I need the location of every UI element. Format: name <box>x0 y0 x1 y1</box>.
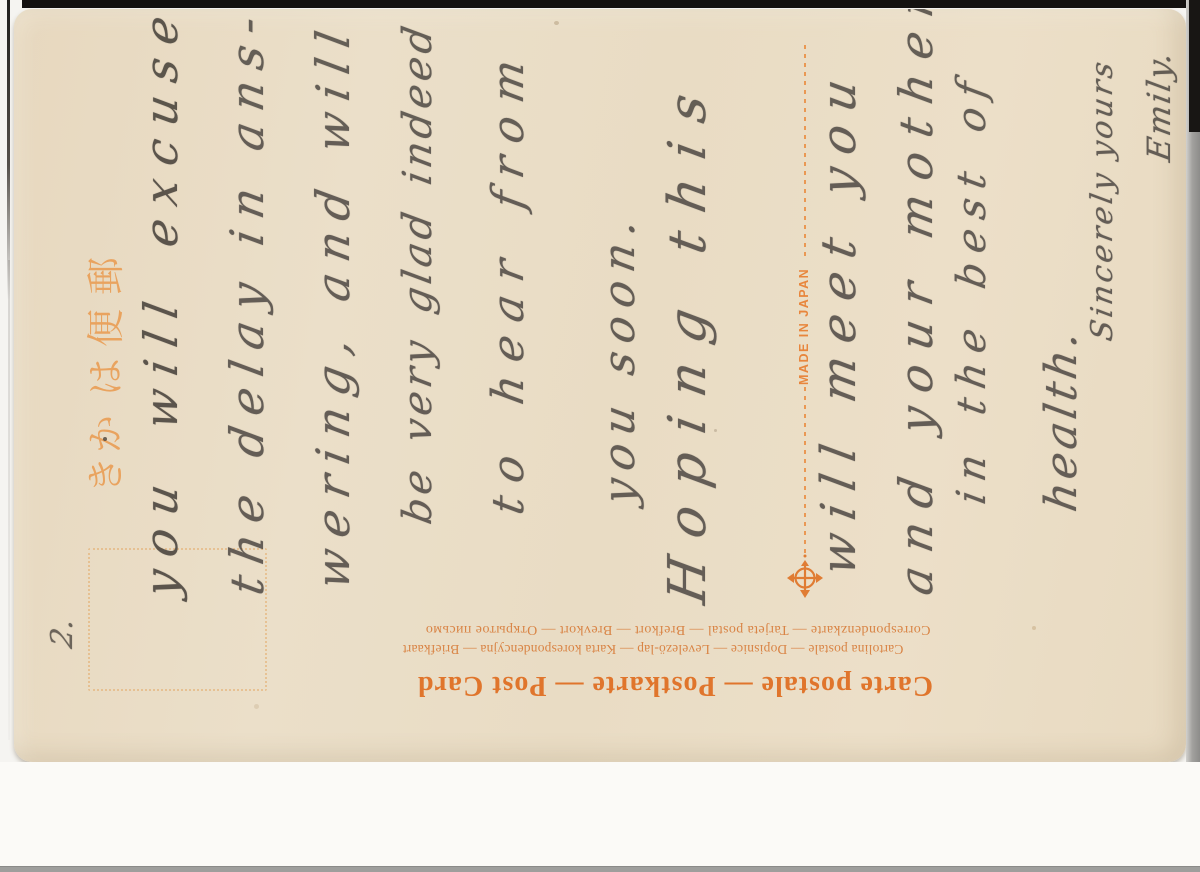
divider-dashed-line-lower <box>804 387 806 554</box>
japanese-char: は <box>83 354 129 400</box>
handwriting-line: be very glad indeed <box>398 20 438 527</box>
japanese-char: き <box>83 452 129 498</box>
dust-speck <box>1032 626 1036 630</box>
scan-edge-left-faint <box>8 260 10 740</box>
handwriting-line: will meet you <box>815 62 863 579</box>
handwriting-line: and your mother <box>893 9 939 598</box>
japanese-char: 便 <box>83 305 129 351</box>
scan-corner-dark <box>1189 0 1200 132</box>
scan-edge-bottom <box>0 866 1200 872</box>
handwriting-line: the delay in ans- <box>224 9 270 598</box>
dust-speck <box>714 429 717 432</box>
postcard-scan: 郵 便 は か き 2. MADE IN JAPAN <box>0 0 1200 872</box>
dust-speck <box>103 437 107 441</box>
languages-line-2: Cartolina postale — Dopisnice — Levelezö… <box>256 641 1050 657</box>
handwriting-line: to hear from <box>487 43 531 518</box>
postcard: 郵 便 は か き 2. MADE IN JAPAN <box>14 9 1186 762</box>
handwriting-line: you soon. <box>598 207 642 507</box>
handwriting-line: Emily. <box>1143 48 1175 164</box>
divider-dashed-line-upper <box>804 45 806 258</box>
scan-edge-top <box>22 0 1200 8</box>
japanese-char: 郵 <box>83 253 129 299</box>
page-number-annotation: 2. <box>48 616 78 650</box>
dust-speck <box>254 704 259 709</box>
handwriting-line: Hoping this <box>662 70 714 607</box>
dust-speck <box>554 21 559 25</box>
postcard-title-line: Carte postale — Postkarte — Post Card <box>410 669 940 701</box>
handwriting-line: wering, and will <box>310 16 356 592</box>
handwriting-line: you will excuse <box>138 9 184 600</box>
japanese-char: か <box>83 411 129 457</box>
handwriting-line: in the best of <box>952 69 992 507</box>
scan-margin-bottom <box>0 762 1200 866</box>
scan-edge-left <box>7 0 10 300</box>
made-in-japan-label: MADE IN JAPAN <box>797 268 811 385</box>
handwriting-line: health. <box>1040 324 1084 514</box>
handwriting-line: Sincerely yours <box>1088 57 1118 344</box>
languages-line-1: Correspondenzkarte — Tarjeta postal — Br… <box>293 621 1063 637</box>
